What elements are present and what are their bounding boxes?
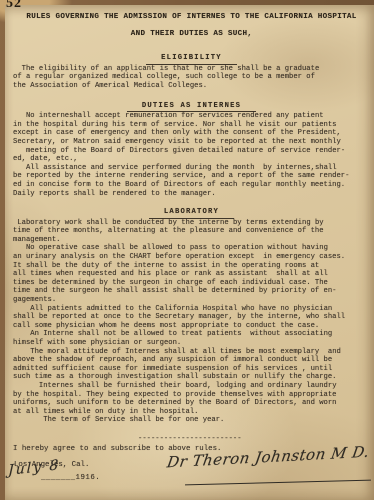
heading-duties-text: DUTIES AS INTERNES bbox=[127, 102, 256, 113]
document-subtitle: AND THEIR DUTIES AS SUCH, bbox=[13, 30, 370, 39]
paragraph-laboratory-5: The moral attitude of Internes shall at … bbox=[13, 348, 370, 382]
paragraph-laboratory-2: No operative case shall be allowed to pa… bbox=[13, 244, 370, 304]
paragraph-eligibility: The eligibility of an applicant is that … bbox=[13, 65, 370, 91]
scanned-document: 52 RULES GOVERNING THE ADMISSION OF INTE… bbox=[0, 0, 374, 500]
section-heading-laboratory: LABORATORY bbox=[13, 208, 370, 219]
section-heading-eligibility: ELIGIBILITY bbox=[13, 54, 370, 65]
signature-underline bbox=[185, 480, 371, 486]
paragraph-duties-1: No interneshall accept remuneration for … bbox=[13, 112, 370, 164]
paragraph-laboratory-6: Internes shall be furnished their board,… bbox=[13, 382, 370, 416]
paragraph-laboratory-3: All patients admitted to the California … bbox=[13, 305, 370, 331]
paragraph-laboratory-1: Laboratory work shall be conducted by th… bbox=[13, 219, 370, 245]
document-title: RULES GOVERNING THE ADMISSION OF INTERNE… bbox=[13, 13, 370, 22]
heading-eligibility-text: ELIGIBILITY bbox=[146, 54, 237, 65]
section-heading-duties: DUTIES AS INTERNES bbox=[13, 102, 370, 113]
handwritten-date: July 8 bbox=[8, 461, 60, 475]
typed-separator-line: ------------------------ bbox=[138, 435, 242, 444]
paragraph-laboratory-4: An Interne shall not be allowed to treat… bbox=[13, 330, 370, 347]
page-number: 52 bbox=[6, 0, 22, 12]
paper-sheet: RULES GOVERNING THE ADMISSION OF INTERNE… bbox=[5, 5, 374, 500]
paragraph-duties-2: All assistance and service performed dur… bbox=[13, 164, 370, 198]
paragraph-term-of-service: The term of Service shall be for one yea… bbox=[13, 416, 370, 425]
heading-laboratory-text: LABORATORY bbox=[149, 208, 234, 219]
typed-date-line: _______1916. bbox=[41, 474, 100, 483]
